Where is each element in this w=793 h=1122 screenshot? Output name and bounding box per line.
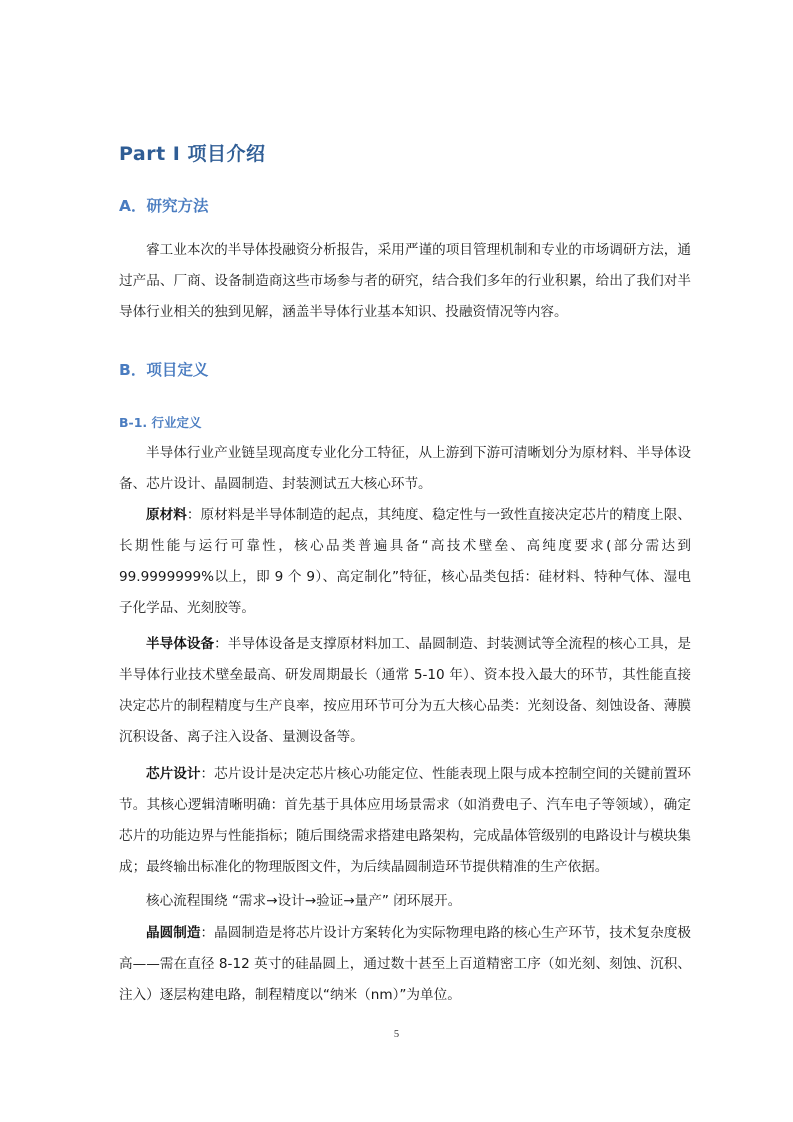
flow-note-text: 核心流程围绕 “需求→设计→验证→量产” 闭环展开。 xyxy=(146,893,461,909)
section-a-paragraph: 睿工业本次的半导体投融资分析报告，采用严谨的项目管理机制和专业的市场调研方法，通… xyxy=(119,235,691,328)
part-title: Part Ⅰ 项目介绍 xyxy=(119,139,266,166)
section-b-heading: B．项目定义 xyxy=(119,358,208,380)
industry-intro-paragraph: 半导体行业产业链呈现高度专业化分工特征，从上游到下游可清晰划分为原材料、半导体设… xyxy=(119,438,691,500)
equipment-paragraph: 半导体设备：半导体设备是支撑原材料加工、晶圆制造、封装测试等全流程的核心工具，是… xyxy=(119,629,691,753)
wafer-term: 晶圆制造 xyxy=(146,925,201,941)
industry-intro-text: 半导体行业产业链呈现高度专业化分工特征，从上游到下游可清晰划分为原材料、半导体设… xyxy=(119,445,691,492)
chip-design-text: ：芯片设计是决定芯片核心功能定位、性能表现上限与成本控制空间的关键前置环节。其核… xyxy=(119,766,691,875)
equipment-text: ：半导体设备是支撑原材料加工、晶圆制造、封装测试等全流程的核心工具，是半导体行业… xyxy=(119,636,691,745)
equipment-term: 半导体设备 xyxy=(146,636,214,652)
wafer-text: ：晶圆制造是将芯片设计方案转化为实际物理电路的核心生产环节，技术复杂度极高——需… xyxy=(119,925,691,1003)
chip-design-paragraph: 芯片设计：芯片设计是决定芯片核心功能定位、性能表现上限与成本控制空间的关键前置环… xyxy=(119,759,691,883)
raw-materials-term: 原材料 xyxy=(146,507,187,523)
raw-materials-paragraph: 原材料：原材料是半导体制造的起点，其纯度、稳定性与一致性直接决定芯片的精度上限、… xyxy=(119,500,691,624)
section-b1-subheading: B-1. 行业定义 xyxy=(119,413,202,431)
page-number: 5 xyxy=(0,1029,793,1040)
document-page: Part Ⅰ 项目介绍 A．研究方法 睿工业本次的半导体投融资分析报告，采用严谨… xyxy=(0,0,793,1122)
raw-materials-text: ：原材料是半导体制造的起点，其纯度、稳定性与一致性直接决定芯片的精度上限、长期性… xyxy=(119,507,691,616)
section-a-heading: A．研究方法 xyxy=(119,194,209,216)
chip-design-term: 芯片设计 xyxy=(146,766,201,782)
flow-note-paragraph: 核心流程围绕 “需求→设计→验证→量产” 闭环展开。 xyxy=(119,886,691,917)
section-a-text: 睿工业本次的半导体投融资分析报告，采用严谨的项目管理机制和专业的市场调研方法，通… xyxy=(119,242,691,320)
wafer-paragraph: 晶圆制造：晶圆制造是将芯片设计方案转化为实际物理电路的核心生产环节，技术复杂度极… xyxy=(119,918,691,1011)
